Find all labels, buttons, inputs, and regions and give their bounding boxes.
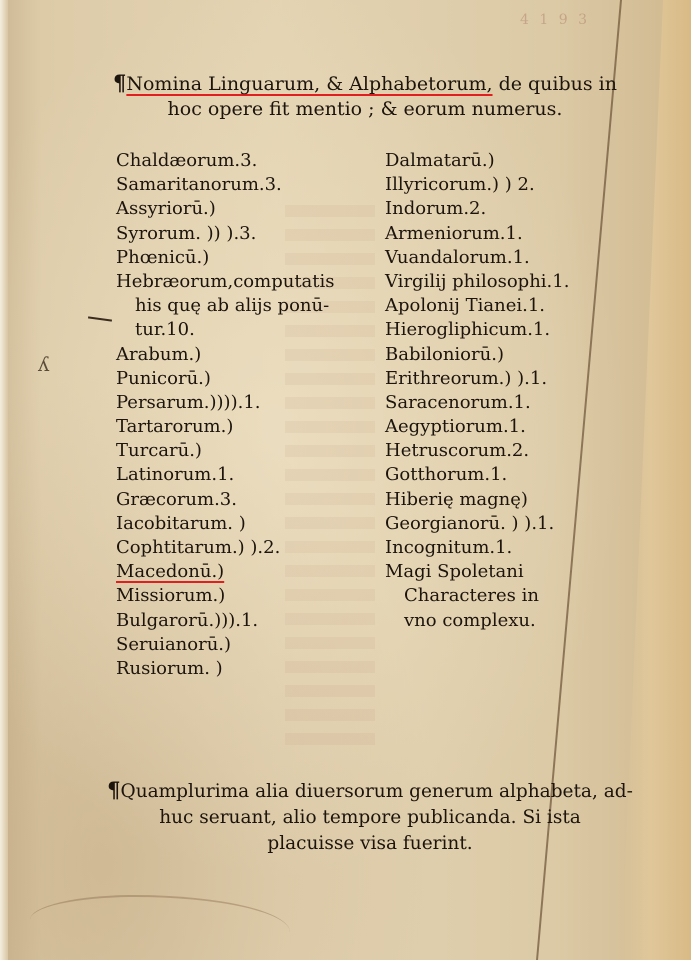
list-item: Rusiorum. ) [116,657,376,681]
list-item: Tartarorum.) [116,415,376,439]
page-left-edge [0,0,8,960]
paragraph-mark-icon: ¶ [107,777,120,802]
margin-pen-mark-2: ʎ [38,352,49,376]
list-item: Armeniorum.1. [385,222,635,246]
list-item: Punicorū.) [116,367,376,391]
list-item: Gotthorum.1. [385,463,635,487]
footer-line2: huc seruant, alio tempore publicanda. Si… [159,807,581,828]
list-item: Indorum.2. [385,197,635,221]
list-item: Virgilij philosophi.1. [385,270,635,294]
list-item: Turcarū.) [116,439,376,463]
underlined-entry: Macedonū.) [116,561,224,582]
list-item: Arabum.) [116,343,376,367]
list-item: Iacobitarum. ) [116,512,376,536]
footer-line1: Quamplurima alia diuersorum generum alph… [121,781,633,802]
list-item: Hebræorum,computatis [116,270,376,294]
list-item: Characteres in [385,584,635,608]
list-item: Illyricorum.) ) 2. [385,173,635,197]
list-item: Vuandalorum.1. [385,246,635,270]
title-line2: hoc opere fit mentio ; & eorum numerus. [168,98,563,120]
list-item: Magi Spoletani [385,560,635,584]
list-item: Incognitum.1. [385,536,635,560]
list-item: Dalmatarū.) [385,149,635,173]
page-stamp: 4 1 9 3 [520,12,590,28]
scanned-page: 4 1 9 3 ʎ ¶Nomina Linguarum, & Alphabeto… [0,0,691,960]
list-item-underlined: Macedonū.) [116,560,376,584]
title-line1-rest: de quibus in [493,73,617,95]
list-item: Persarum.)))).1. [116,391,376,415]
list-item: vno complexu. [385,609,635,633]
list-item: Missiorum.) [116,584,376,608]
list-item: Saracenorum.1. [385,391,635,415]
list-item: Babiloniorū.) [385,343,635,367]
list-item: Seruianorū.) [116,633,376,657]
list-item: his quę ab alijs ponū- [116,294,376,318]
list-item: Erithreorum.) ).1. [385,367,635,391]
list-item: Hetruscorum.2. [385,439,635,463]
page-title: ¶Nomina Linguarum, & Alphabetorum, de qu… [100,70,630,122]
list-item: Bulgarorū.))).1. [116,609,376,633]
list-item: Græcorum.3. [116,488,376,512]
list-item: Latinorum.1. [116,463,376,487]
footer-line3: placuisse visa fuerint. [267,833,472,854]
list-item: Assyriorū.) [116,197,376,221]
list-item: Syrorum. )) ).3. [116,222,376,246]
list-item: Cophtitarum.) ).2. [116,536,376,560]
list-item: Aegyptiorum.1. [385,415,635,439]
list-item: Hiberię magnę) [385,488,635,512]
paragraph-mark-icon: ¶ [113,70,126,95]
list-item: Hierogliphicum.1. [385,318,635,342]
list-item: Phœnicū.) [116,246,376,270]
right-column-list: Dalmatarū.) Illyricorum.) ) 2. Indorum.2… [385,149,635,633]
closing-paragraph: ¶Quamplurima alia diuersorum generum alp… [100,777,640,857]
paper-stain [30,895,290,957]
list-item: Apolonij Tianei.1. [385,294,635,318]
list-item: tur.10. [116,318,376,342]
margin-pen-mark [88,316,112,321]
list-item: Chaldæorum.3. [116,149,376,173]
left-column-list: Chaldæorum.3. Samaritanorum.3. Assyriorū… [116,149,376,681]
list-item: Georgianorū. ) ).1. [385,512,635,536]
title-underlined-text: Nomina Linguarum, & Alphabetorum, [126,73,492,95]
list-item: Samaritanorum.3. [116,173,376,197]
